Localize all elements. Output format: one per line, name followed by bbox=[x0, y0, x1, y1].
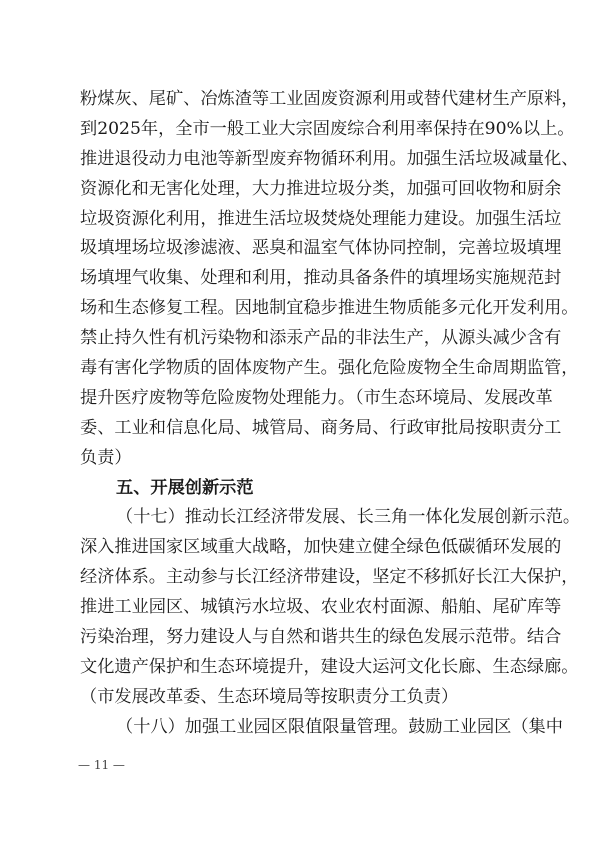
page-number: — 11 — bbox=[78, 758, 125, 772]
subsection-title-line: （十七）推动长江经济带发展、长三角一体化发展创新示范。 bbox=[80, 503, 532, 533]
text-line: 场填埋气收集、处理和利用，推动具备条件的填埋场实施规范封 bbox=[80, 264, 532, 294]
text-line: 文化遗产保护和生态环境提升，建设大运河文化长廊、生态绿廊。 bbox=[80, 653, 532, 683]
subsection-title-line: （十八）加强工业园区限值限量管理。鼓励工业园区（集中 bbox=[80, 713, 532, 743]
text-line: 垃圾资源化利用，推进生活垃圾焚烧处理能力建设。加强生活垃 bbox=[80, 205, 532, 235]
text-line: 圾填埋场垃圾渗滤液、恶臭和温室气体协同控制，完善垃圾填埋 bbox=[80, 234, 532, 264]
text-line: 污染治理，努力建设人与自然和谐共生的绿色发展示范带。结合 bbox=[80, 623, 532, 653]
text-line: 经济体系。主动参与长江经济带建设，坚定不移抓好长江大保护， bbox=[80, 563, 532, 593]
text-line: 到2025年，全市一般工业大宗固废综合利用率保持在90%以上。 bbox=[80, 115, 532, 145]
document-body: 粉煤灰、尾矿、冶炼渣等工业固废资源利用或替代建材生产原料， 到2025年，全市一… bbox=[80, 85, 532, 743]
text-line: 深入推进国家区域重大战略，加快建立健全绿色低碳循环发展的 bbox=[80, 533, 532, 563]
text-line: 推进工业园区、城镇污水垃圾、农业农村面源、船舶、尾矿库等 bbox=[80, 593, 532, 623]
text-line: 资源化和无害化处理，大力推进垃圾分类，加强可回收物和厨余 bbox=[80, 175, 532, 205]
text-line: 禁止持久性有机污染物和添汞产品的非法生产，从源头减少含有 bbox=[80, 324, 532, 354]
text-line: 推进退役动力电池等新型废弃物循环利用。加强生活垃圾减量化、 bbox=[80, 145, 532, 175]
text-line: 委、工业和信息化局、城管局、商务局、行政审批局按职责分工 bbox=[80, 414, 532, 444]
responsibility-note: （市发展改革委、生态环境局等按职责分工负责） bbox=[80, 683, 532, 713]
text-line: 场和生态修复工程。因地制宜稳步推进生物质能多元化开发利用。 bbox=[80, 294, 532, 324]
text-line: 毒有害化学物质的固体废物产生。强化危险废物全生命周期监管， bbox=[80, 354, 532, 384]
text-line: 提升医疗废物等危险废物处理能力。（市生态环境局、发展改革 bbox=[80, 384, 532, 414]
document-page: 粉煤灰、尾矿、冶炼渣等工业固废资源利用或替代建材生产原料， 到2025年，全市一… bbox=[0, 0, 600, 848]
section-heading: 五、开展创新示范 bbox=[80, 474, 532, 504]
text-line: 负责） bbox=[80, 444, 532, 474]
text-line: 粉煤灰、尾矿、冶炼渣等工业固废资源利用或替代建材生产原料， bbox=[80, 85, 532, 115]
